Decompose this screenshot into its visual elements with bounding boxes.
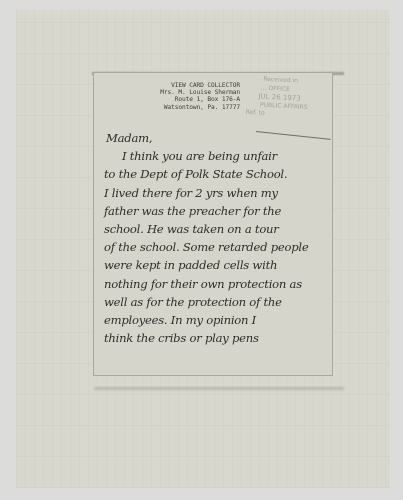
letterhead-line: Watsontown, Pa. 17777 bbox=[150, 104, 240, 111]
letter-card: VIEW CARD COLLECTOR Mrs. M. Louise Sherm… bbox=[93, 72, 333, 376]
received-stamp: Received in ... OFFICE JUL 26 1973 PUBLI… bbox=[241, 75, 336, 138]
letter-line: of the school. Some retarded people bbox=[104, 238, 330, 256]
letter-line: were kept in padded cells with bbox=[104, 256, 330, 274]
letter-line: employees. In my opinion I bbox=[104, 311, 330, 329]
letterhead-line: Route 1, Box 176-A bbox=[150, 96, 240, 103]
handwritten-letter: Madam, I think you are being unfair to t… bbox=[104, 129, 330, 347]
letterhead: VIEW CARD COLLECTOR Mrs. M. Louise Sherm… bbox=[150, 82, 240, 111]
letterhead-line: VIEW CARD COLLECTOR bbox=[150, 82, 240, 89]
letter-line: nothing for their own protection as bbox=[104, 275, 330, 293]
letter-line: think the cribs or play pens bbox=[104, 329, 330, 347]
letterhead-line: Mrs. M. Louise Sherman bbox=[150, 89, 240, 96]
letter-line: school. He was taken on a tour bbox=[104, 220, 330, 238]
letter-line: father was the preacher for the bbox=[104, 202, 330, 220]
letter-line: I lived there for 2 yrs when my bbox=[104, 184, 330, 202]
salutation: Madam, bbox=[106, 129, 330, 147]
letter-line: well as for the protection of the bbox=[104, 293, 330, 311]
letter-line: I think you are being unfair bbox=[104, 147, 330, 165]
letter-line: to the Dept of Polk State School. bbox=[104, 165, 330, 183]
photocopy-shadow-bottom bbox=[94, 387, 344, 390]
